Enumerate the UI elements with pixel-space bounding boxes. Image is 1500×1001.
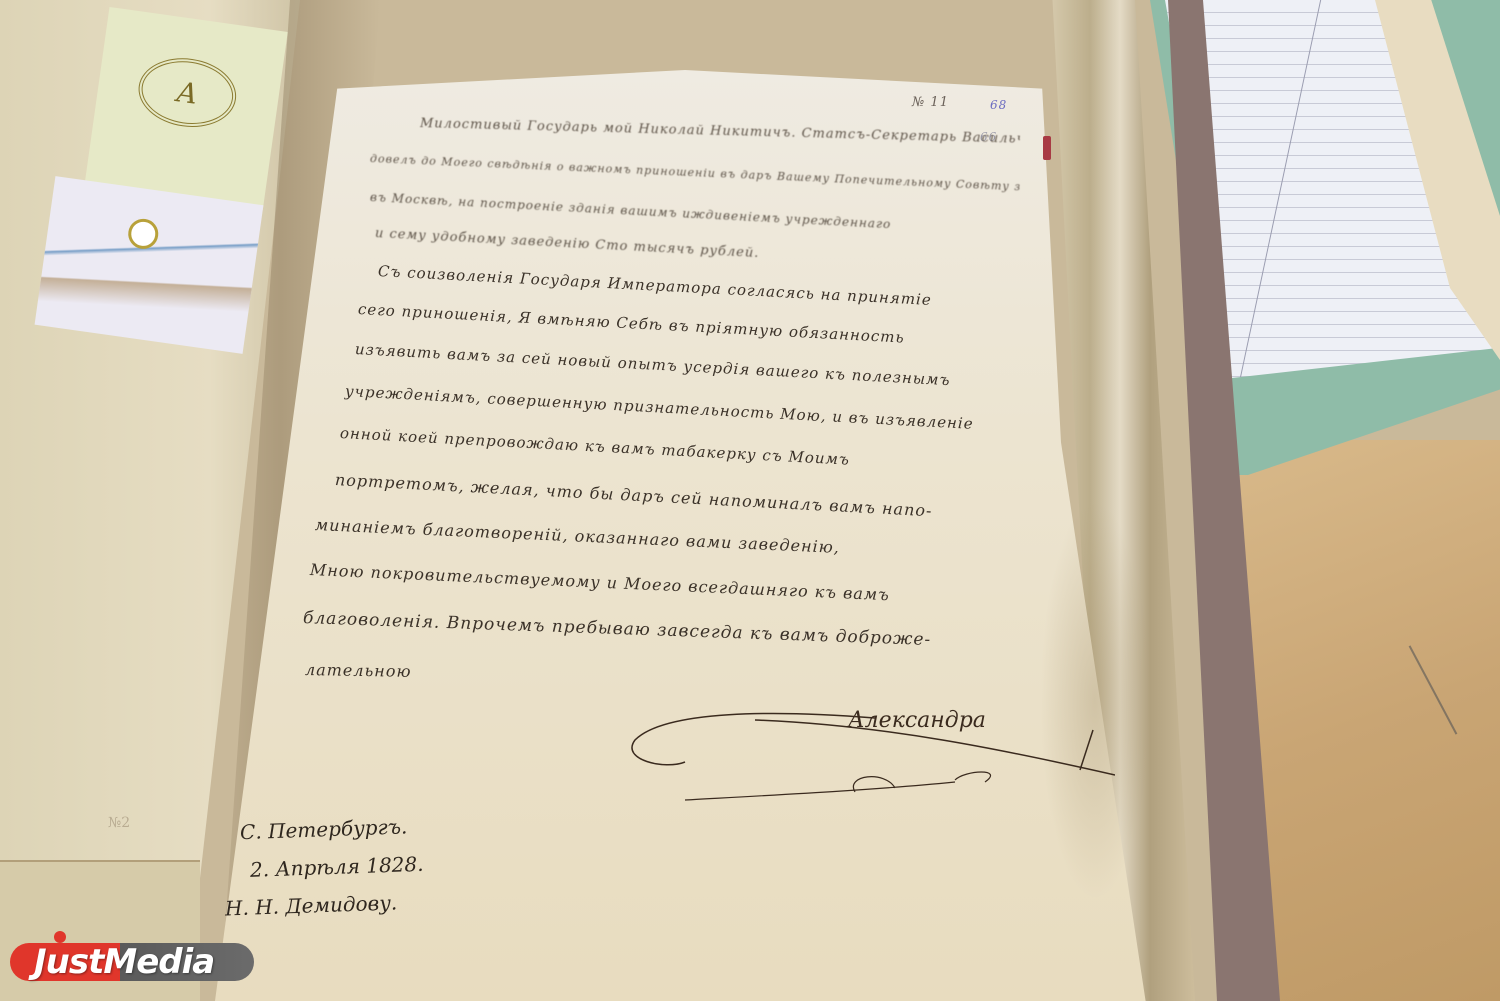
letter-place: С. Петербургъ.: [239, 807, 424, 851]
letter-addressee: Н. Н. Демидову.: [224, 883, 424, 928]
letter-line-14: лательною: [305, 660, 412, 681]
archive-number-blue: 68: [990, 98, 1007, 112]
watermark-pill: Just Media: [10, 943, 254, 981]
letter-footer: С. Петербургъ. 2. Апрѣля 1828. Н. Н. Дем…: [240, 810, 424, 924]
red-tab: [1043, 136, 1051, 160]
wooden-table: [1240, 440, 1500, 1001]
faint-page-mark: №2: [108, 815, 130, 831]
bookmark: А: [13, 0, 287, 364]
watermark-text-part2: Media: [103, 942, 214, 982]
bookmark-map: [35, 176, 264, 354]
compass-icon: [126, 217, 160, 251]
signature: Александра: [848, 708, 986, 733]
justmedia-watermark: Just Media: [10, 938, 254, 986]
watermark-text-part1: Just: [34, 942, 103, 982]
photo-scene: №2 А № 11 68 66 Милостивый Государь мой …: [0, 0, 1500, 1001]
document-number: № 11: [912, 95, 949, 110]
watermark-dot-icon: [54, 931, 66, 943]
